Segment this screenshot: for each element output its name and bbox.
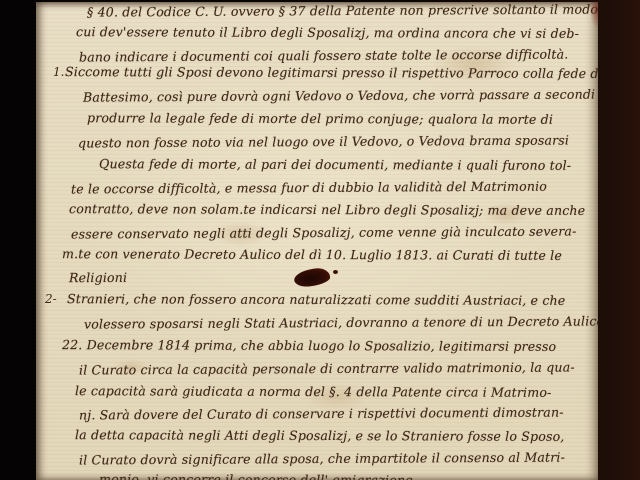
paper-edge-stain [590,2,598,28]
scan-background: 1. 2- § 40. del Codice C. U. ovvero § 37… [0,0,640,480]
manuscript-line: questo non fosse noto via nel luogo ove … [78,134,569,151]
margin-marker-1: 1. [53,65,64,79]
manuscript-line: bano indicare i documenti coi quali foss… [79,48,568,65]
manuscript-line: monio, vi concorre il concorso dell' emi… [99,472,413,480]
manuscript-line: Siccome tutti gli Sposi devono legitimar… [65,65,598,81]
manuscript-line: nj. Sarà dovere del Curato di conservare… [79,406,564,423]
manuscript-line: volessero sposarsi negli Stati Austriaci… [84,314,598,331]
manuscript-line: § 40. del Codice C. U. ovvero § 37 della… [87,2,598,19]
manuscript-line: il Curato dovrà significare alla sposa, … [79,451,565,468]
manuscript-line: Religioni [69,271,127,285]
manuscript-line: essere conservato negli atti degli Sposa… [71,224,577,241]
manuscript-line: la detta capacità negli Atti degli Sposa… [75,428,565,444]
manuscript-line: le capacità sarà giudicata a norma del §… [75,384,552,400]
manuscript-line: il Curato circa la capacità personale di… [79,360,575,377]
manuscript-line: produrre la legale fede di morte del pri… [87,111,553,127]
manuscript-line: Battesimo, così pure dovrà ogni Vedovo o… [83,87,598,104]
manuscript-line: Stranieri, che non fossero ancora natura… [67,292,565,308]
manuscript-line: contratto, deve non solam.te indicarsi n… [69,202,585,218]
ink-blot [293,267,331,289]
manuscript-line: te le occorse difficoltà, e messa fuor d… [71,180,547,197]
manuscript-line: 22. Decembre 1814 prima, che abbia luogo… [62,338,556,354]
margin-marker-2: 2- [45,292,57,306]
manuscript-line: Questa fede di morte, al pari dei docume… [99,157,571,173]
ink-dot [333,270,338,274]
manuscript-page: 1. 2- § 40. del Codice C. U. ovvero § 37… [36,2,598,480]
manuscript-line: cui dev'essere tenuto il Libro degli Spo… [76,25,579,41]
manuscript-line: m.te con venerato Decreto Aulico del dì … [62,247,562,263]
